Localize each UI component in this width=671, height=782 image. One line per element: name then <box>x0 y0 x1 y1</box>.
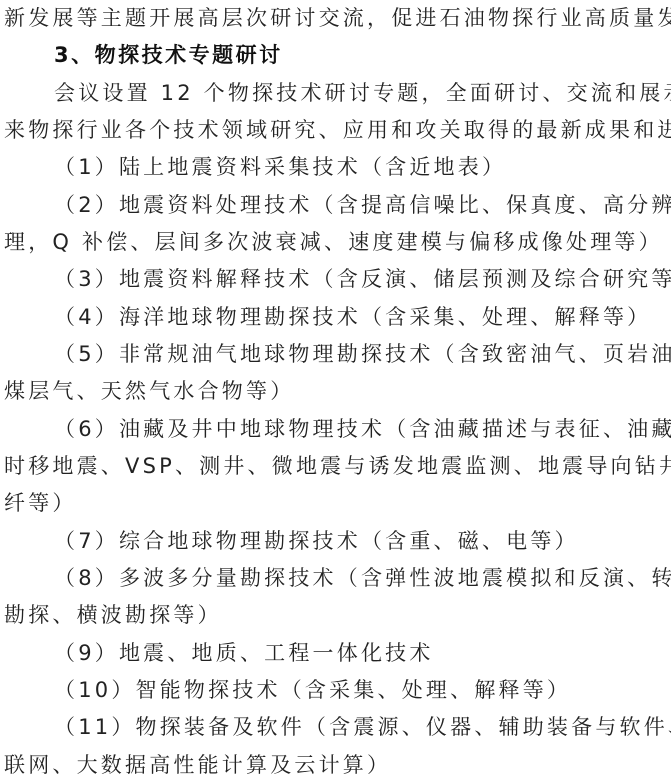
topic-item-11-line-1: （11）物探装备及软件（含震源、仪器、辅助装备与软件、物 <box>54 710 671 744</box>
topic-item-7: （7）综合地球物理勘探技术（含重、磁、电等） <box>54 524 579 558</box>
topic-item-4: （4）海洋地球物理勘探技术（含采集、处理、解释等） <box>54 300 651 334</box>
topic-item-11-line-2: 联网、大数据高性能计算及云计算） <box>4 748 391 782</box>
topic-item-1: （1）陆上地震资料采集技术（含近地表） <box>54 150 506 184</box>
topic-item-10: （10）智能物探技术（含采集、处理、解释等） <box>54 673 571 707</box>
topic-item-5-line-1: （5）非常规油气地球物理勘探技术（含致密油气、页岩油气、 <box>54 337 671 371</box>
topic-item-8-line-2: 勘探、横波勘探等） <box>4 598 222 632</box>
topic-item-2-line-1: （2）地震资料处理技术（含提高信噪比、保真度、高分辨率处 <box>54 188 671 222</box>
topic-item-3: （3）地震资料解释技术（含反演、储层预测及综合研究等） <box>54 262 671 296</box>
topic-item-6-line-2: 时移地震、VSP、测井、微地震与诱发地震监测、地震导向钻井、光 <box>4 449 671 483</box>
topic-item-9: （9）地震、地质、工程一体化技术 <box>54 636 434 670</box>
topic-item-5-line-2: 煤层气、天然气水合物等） <box>4 374 294 408</box>
section-heading: 3、物探技术专题研讨 <box>54 38 283 72</box>
topic-item-6-line-1: （6）油藏及井中地球物理技术（含油藏描述与表征、油藏监测、 <box>54 412 671 446</box>
intro-paragraph-line-2: 来物探行业各个技术领域研究、应用和攻关取得的最新成果和进展。 <box>4 113 671 147</box>
topic-item-6-line-3: 纤等） <box>4 486 77 520</box>
topic-item-8-line-1: （8）多波多分量勘探技术（含弹性波地震模拟和反演、转换波 <box>54 561 671 595</box>
topic-item-2-line-2: 理，Q 补偿、层间多次波衰减、速度建模与偏移成像处理等） <box>4 225 663 259</box>
intro-paragraph-line-1: 会议设置 12 个物探技术研讨专题，全面研讨、交流和展示近年 <box>54 76 671 110</box>
paragraph-line-continuation: 新发展等主题开展高层次研讨交流，促进石油物探行业高质量发展。 <box>4 1 671 35</box>
